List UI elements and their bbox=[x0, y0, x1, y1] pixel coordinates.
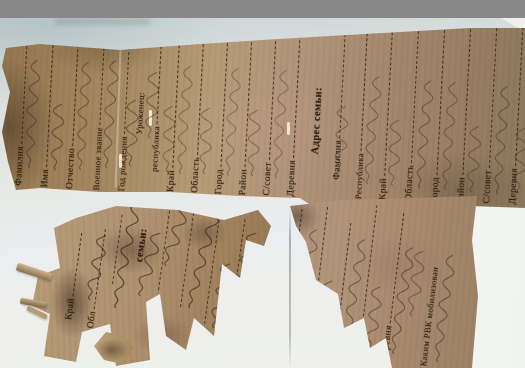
form-field: Военное звание bbox=[89, 43, 111, 191]
form-field: Край bbox=[164, 40, 186, 193]
form-field: Республика bbox=[351, 33, 374, 200]
form-field: семьи: bbox=[132, 215, 152, 263]
field-line bbox=[220, 38, 228, 166]
field-label: Фамилия bbox=[332, 140, 344, 180]
fragment-right: Район Деревня Каким РВК мобилизован bbox=[272, 196, 484, 368]
field-label: Район bbox=[330, 321, 343, 348]
field-label: республика bbox=[149, 126, 161, 172]
form-field: Район bbox=[236, 37, 258, 196]
form-field: Имя bbox=[38, 45, 59, 188]
field-label: Адрес семьи: bbox=[310, 86, 325, 154]
field-line bbox=[144, 216, 145, 226]
form-field: Каким РВК мобилизован bbox=[416, 208, 449, 367]
field-line bbox=[72, 233, 82, 297]
field-label: семьи: bbox=[134, 227, 150, 262]
field-label: Край bbox=[378, 178, 389, 200]
fragment-left: Край Обл семьи: bbox=[28, 204, 273, 368]
field-line bbox=[462, 29, 471, 174]
field-line bbox=[99, 43, 104, 125]
field-line bbox=[338, 223, 351, 320]
field-label: Имя bbox=[40, 168, 51, 187]
form-field: Деревня bbox=[284, 35, 306, 198]
form-field: Район bbox=[328, 222, 357, 349]
form-strip-top: Фамилия Имя Отчество Военное звание Год … bbox=[0, 22, 525, 212]
field-label: Республика bbox=[353, 153, 365, 200]
paper-scrap bbox=[16, 263, 53, 282]
field-label: Отчество bbox=[65, 148, 77, 189]
field-line bbox=[72, 44, 78, 146]
field-line bbox=[93, 229, 105, 309]
field-line bbox=[141, 42, 143, 90]
field-line bbox=[123, 42, 129, 134]
form-field: С/совет bbox=[480, 28, 503, 204]
form-field: Отчество bbox=[63, 44, 85, 190]
form-field: Адрес семьи: bbox=[308, 34, 328, 155]
field-line bbox=[358, 205, 378, 356]
form-field: Район bbox=[454, 29, 477, 203]
field-line bbox=[435, 209, 442, 264]
field-line bbox=[384, 32, 393, 176]
field-line bbox=[196, 39, 203, 155]
handwriting-layer bbox=[272, 196, 484, 368]
form-field: Область bbox=[188, 39, 210, 194]
field-label: Деревня bbox=[286, 160, 298, 197]
field-line bbox=[228, 219, 245, 336]
field-line bbox=[360, 33, 367, 151]
field-label: Военное звание bbox=[91, 127, 104, 191]
field-line bbox=[172, 40, 180, 168]
photo-of-torn-medallion-forms: Фамилия Имя Отчество Военное звание Год … bbox=[0, 18, 525, 368]
field-label: Обл bbox=[86, 310, 98, 329]
form-field: Фамилия bbox=[12, 46, 33, 187]
field-line bbox=[268, 36, 276, 160]
field-line bbox=[244, 37, 252, 166]
field-line bbox=[156, 41, 161, 124]
paper-crease-highlight bbox=[119, 154, 122, 168]
field-line bbox=[488, 28, 496, 168]
field-label: Район bbox=[238, 168, 249, 195]
background-smudge bbox=[55, 18, 150, 25]
field-line bbox=[310, 207, 328, 346]
form-field: Деревня bbox=[506, 27, 525, 205]
field-label: Каким РВК мобилизован bbox=[418, 266, 440, 367]
form-field: Край bbox=[376, 32, 399, 201]
field-line bbox=[436, 30, 445, 174]
paper-crease-highlight bbox=[287, 122, 290, 135]
field-line bbox=[319, 34, 322, 85]
field-line bbox=[339, 34, 345, 138]
field-label: Деревня bbox=[380, 325, 394, 362]
form-field: Фамилия bbox=[330, 34, 352, 181]
field-label: С/совет bbox=[262, 162, 274, 196]
field-line bbox=[515, 27, 523, 166]
form-field: республика bbox=[147, 41, 168, 173]
field-label: Деревня bbox=[508, 168, 520, 205]
backing-paper-crease bbox=[289, 208, 291, 368]
field-line bbox=[410, 31, 418, 163]
form-field: Край bbox=[62, 232, 88, 321]
field-line bbox=[46, 45, 53, 166]
field-line bbox=[21, 46, 27, 144]
field-label: Фамилия bbox=[14, 146, 26, 186]
field-line bbox=[158, 211, 170, 290]
paper-crease-highlight bbox=[149, 110, 152, 126]
field-line bbox=[293, 35, 300, 158]
form-field: Область bbox=[402, 31, 425, 201]
form-field: Город bbox=[212, 38, 234, 195]
form-field: Город bbox=[428, 30, 451, 202]
field-label: С/совет bbox=[482, 170, 494, 204]
form-field: Деревня bbox=[378, 212, 410, 363]
form-field: С/совет bbox=[260, 36, 282, 197]
field-label: Город bbox=[214, 168, 225, 194]
field-line bbox=[204, 215, 220, 324]
field-label: Край bbox=[166, 170, 177, 192]
field-line bbox=[389, 213, 404, 324]
field-line bbox=[112, 215, 123, 284]
field-label: Край bbox=[64, 298, 77, 321]
field-label: Уроженец: bbox=[134, 91, 146, 134]
form-field: Обл bbox=[84, 228, 112, 329]
field-line bbox=[180, 213, 194, 307]
field-label: Область bbox=[190, 157, 202, 193]
field-label: Область bbox=[404, 165, 416, 201]
